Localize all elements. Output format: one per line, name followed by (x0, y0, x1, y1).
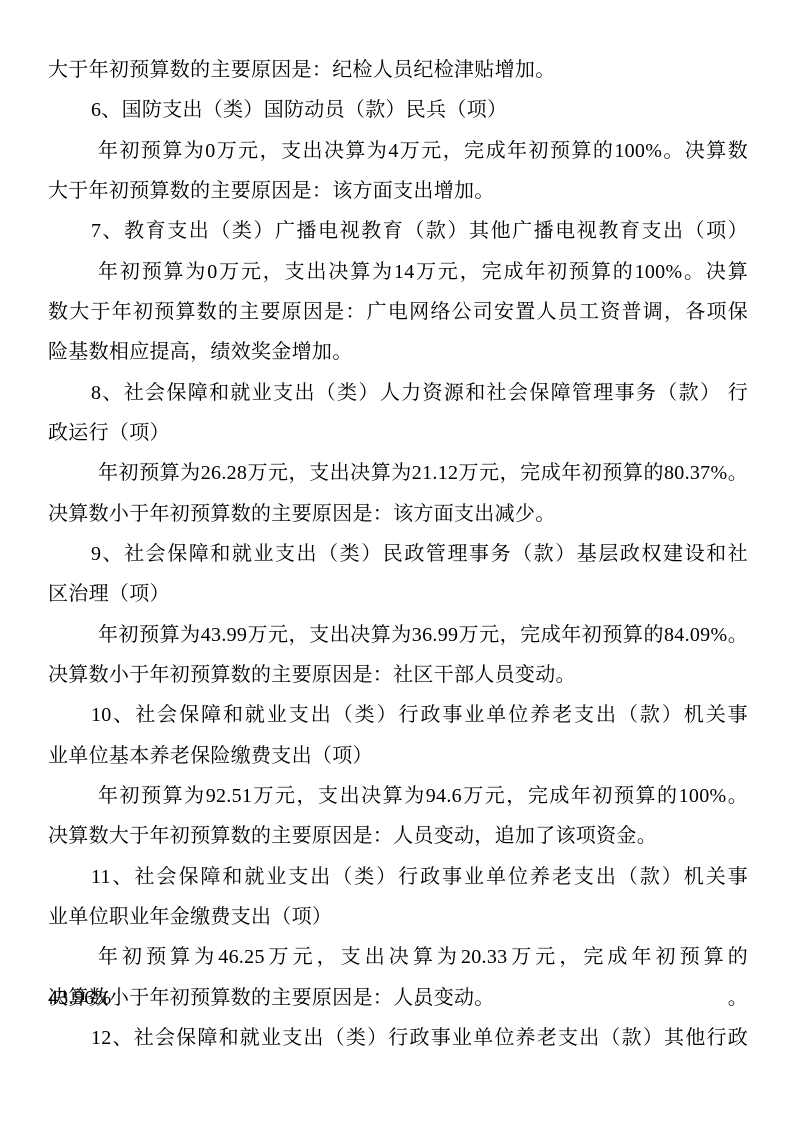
document-line: 6、国防支出（类）国防动员（款）民兵（项） (48, 90, 748, 130)
document-line: 年初预算为0万元，支出决算为14万元，完成年初预算的100%。决算 (48, 252, 748, 292)
document-line: 大于年初预算数的主要原因是：纪检人员纪检津贴增加。 (48, 50, 748, 90)
document-line: 年初预算为26.28万元，支出决算为21.12万元，完成年初预算的80.37%。 (48, 453, 748, 493)
document-line: 10、社会保障和就业支出（类）行政事业单位养老支出（款）机关事 (48, 695, 748, 735)
document-line: 决算数小于年初预算数的主要原因是：社区干部人员变动。 (48, 655, 748, 695)
document-line: 决算数大于年初预算数的主要原因是：人员变动，追加了该项资金。 (48, 816, 748, 856)
document-line: 政运行（项） (48, 413, 748, 453)
document-line: 年初预算为46.25万元，支出决算为20.33万元，完成年初预算的43.96%。… (48, 937, 748, 977)
document-line: 险基数相应提高，绩效奖金增加。 (48, 332, 748, 372)
document-line: 7、教育支出（类）广播电视教育（款）其他广播电视教育支出（项） (48, 211, 748, 251)
document-line: 年初预算为92.51万元，支出决算为94.6万元，完成年初预算的100%。 (48, 776, 748, 816)
document-line: 决算数小于年初预算数的主要原因是：该方面支出减少。 (48, 494, 748, 534)
document-line: 12、社会保障和就业支出（类）行政事业单位养老支出（款）其他行政 (48, 1018, 748, 1058)
document-line: 11、社会保障和就业支出（类）行政事业单位养老支出（款）机关事 (48, 857, 748, 897)
document-line: 年初预算为43.99万元，支出决算为36.99万元，完成年初预算的84.09%。 (48, 615, 748, 655)
document-line: 大于年初预算数的主要原因是：该方面支出增加。 (48, 171, 748, 211)
document-line: 业单位基本养老保险缴费支出（项） (48, 736, 748, 776)
document-line: 数大于年初预算数的主要原因是：广电网络公司安置人员工资普调，各项保 (48, 292, 748, 332)
document-line: 年初预算为0万元，支出决算为4万元，完成年初预算的100%。决算数 (48, 131, 748, 171)
document-line: 区治理（项） (48, 574, 748, 614)
document-line: 9、社会保障和就业支出（类）民政管理事务（款）基层政权建设和社 (48, 534, 748, 574)
document-line: 8、社会保障和就业支出（类）人力资源和社会保障管理事务（款） 行 (48, 373, 748, 413)
document-line: 业单位职业年金缴费支出（项） (48, 897, 748, 937)
document-text: 大于年初预算数的主要原因是：纪检人员纪检津贴增加。6、国防支出（类）国防动员（款… (48, 50, 748, 1058)
document-page: 大于年初预算数的主要原因是：纪检人员纪检津贴增加。6、国防支出（类）国防动员（款… (0, 0, 793, 1122)
